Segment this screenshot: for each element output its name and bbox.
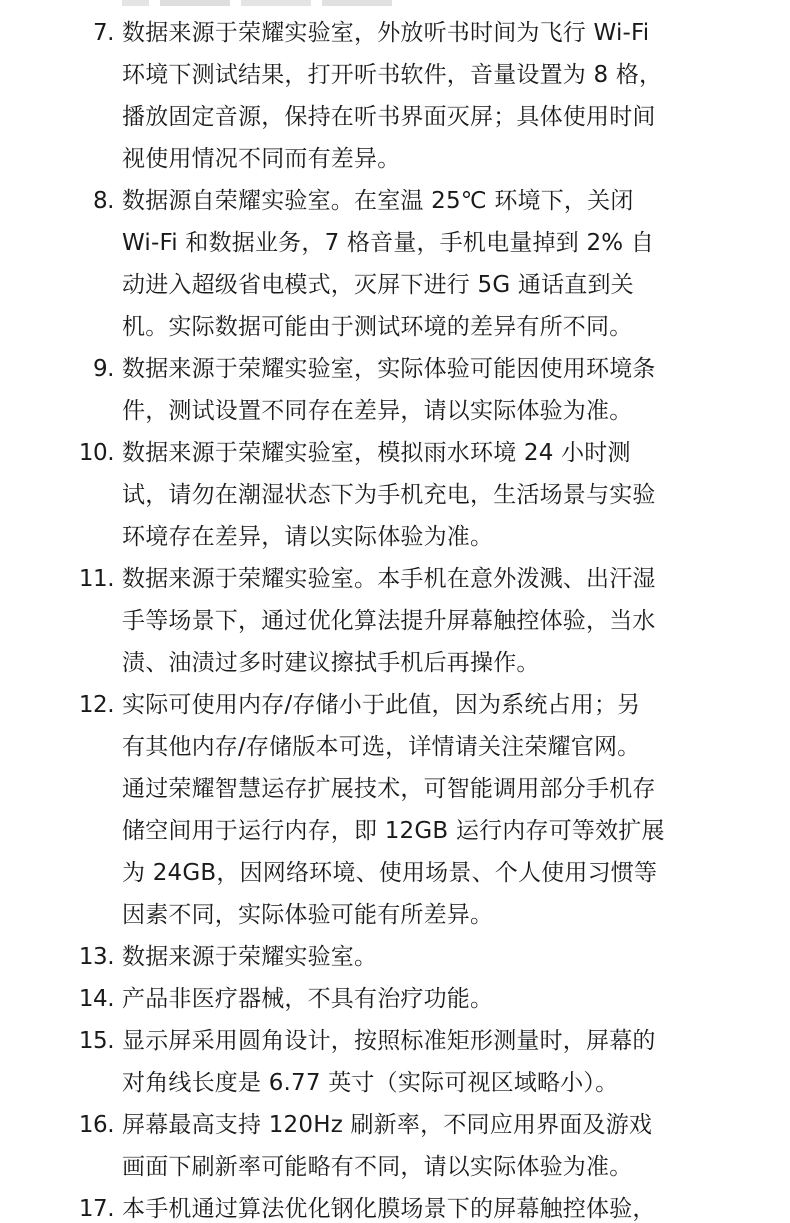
footnote-number: 11. [0,558,114,600]
text-line: 件，测试设置不同存在差异，请以实际体验为准。 [122,390,712,432]
text-line: 数据来源于荣耀实验室。 [122,936,712,978]
footnote-text: 数据来源于荣耀实验室，实际体验可能因使用环境条 件，测试设置不同存在差异，请以实… [122,348,712,432]
text-line: 屏幕最高支持 120Hz 刷新率，不同应用界面及游戏 [122,1104,712,1146]
text-line: 数据来源于荣耀实验室，实际体验可能因使用环境条 [122,348,712,390]
text-line: 机。实际数据可能由于测试环境的差异有所不同。 [122,306,712,348]
footnote-number: 17. [0,1188,114,1223]
text-line: 对角线长度是 6.77 英寸（实际可视区域略小）。 [122,1062,712,1104]
footnote-number: 7. [0,12,114,54]
footnote-number: 12. [0,684,114,726]
footnote-number: 13. [0,936,114,978]
text-line: 渍、油渍过多时建议擦拭手机后再操作。 [122,642,712,684]
footnote-text: 实际可使用内存/存储小于此值，因为系统占用；另 有其他内存/存储版本可选，详情请… [122,684,712,936]
cut-off-previous-line [122,0,392,6]
footnote-text: 显示屏采用圆角设计，按照标准矩形测量时，屏幕的 对角线长度是 6.77 英寸（实… [122,1020,712,1104]
text-line: 产品非医疗器械，不具有治疗功能。 [122,978,712,1020]
text-line: 有其他内存/存储版本可选，详情请关注荣耀官网。 [122,726,712,768]
text-line: 通过荣耀智慧运存扩展技术，可智能调用部分手机存 [122,768,712,810]
text-line: 储空间用于运行内存，即 12GB 运行内存可等效扩展 [122,810,712,852]
footnote-number: 8. [0,180,114,222]
text-line: 动进入超级省电模式，灭屏下进行 5G 通话直到关 [122,264,712,306]
text-line: 手等场景下，通过优化算法提升屏幕触控体验，当水 [122,600,712,642]
footnote-text: 本手机通过算法优化钢化膜场景下的屏幕触控体验， [122,1188,712,1223]
text-line: Wi-Fi 和数据业务，7 格音量，手机电量掉到 2% 自 [122,222,712,264]
text-line: 播放固定音源，保持在听书界面灭屏；具体使用时间 [122,96,712,138]
text-line: 视使用情况不同而有差异。 [122,138,712,180]
footnote-text: 数据来源于荣耀实验室。本手机在意外泼溅、出汗湿 手等场景下，通过优化算法提升屏幕… [122,558,712,684]
footnote-number: 9. [0,348,114,390]
footnote-text: 数据来源于荣耀实验室，模拟雨水环境 24 小时测 试，请勿在潮湿状态下为手机充电… [122,432,712,558]
text-line: 数据源自荣耀实验室。在室温 25℃ 环境下，关闭 [122,180,712,222]
text-line: 显示屏采用圆角设计，按照标准矩形测量时，屏幕的 [122,1020,712,1062]
footnote-text: 数据来源于荣耀实验室，外放听书时间为飞行 Wi-Fi 环境下测试结果，打开听书软… [122,12,712,180]
text-line: 数据来源于荣耀实验室，模拟雨水环境 24 小时测 [122,432,712,474]
footnote-number: 16. [0,1104,114,1146]
footnote-text: 数据来源于荣耀实验室。 [122,936,712,978]
footnote-number: 10. [0,432,114,474]
text-line: 环境下测试结果，打开听书软件，音量设置为 8 格， [122,54,712,96]
footnote-text: 数据源自荣耀实验室。在室温 25℃ 环境下，关闭 Wi-Fi 和数据业务，7 格… [122,180,712,348]
text-line: 画面下刷新率可能略有不同，请以实际体验为准。 [122,1146,712,1188]
footnote-number: 15. [0,1020,114,1062]
text-line: 因素不同，实际体验可能有所差异。 [122,894,712,936]
text-line: 试，请勿在潮湿状态下为手机充电，生活场景与实验 [122,474,712,516]
footnote-text: 屏幕最高支持 120Hz 刷新率，不同应用界面及游戏 画面下刷新率可能略有不同，… [122,1104,712,1188]
text-line: 环境存在差异，请以实际体验为准。 [122,516,712,558]
text-line: 实际可使用内存/存储小于此值，因为系统占用；另 [122,684,712,726]
footnote-text: 产品非医疗器械，不具有治疗功能。 [122,978,712,1020]
footnote-number: 14. [0,978,114,1020]
text-line: 数据来源于荣耀实验室，外放听书时间为飞行 Wi-Fi [122,12,712,54]
text-line: 数据来源于荣耀实验室。本手机在意外泼溅、出汗湿 [122,558,712,600]
text-line: 为 24GB，因网络环境、使用场景、个人使用习惯等 [122,852,712,894]
text-line: 本手机通过算法优化钢化膜场景下的屏幕触控体验， [122,1188,712,1223]
